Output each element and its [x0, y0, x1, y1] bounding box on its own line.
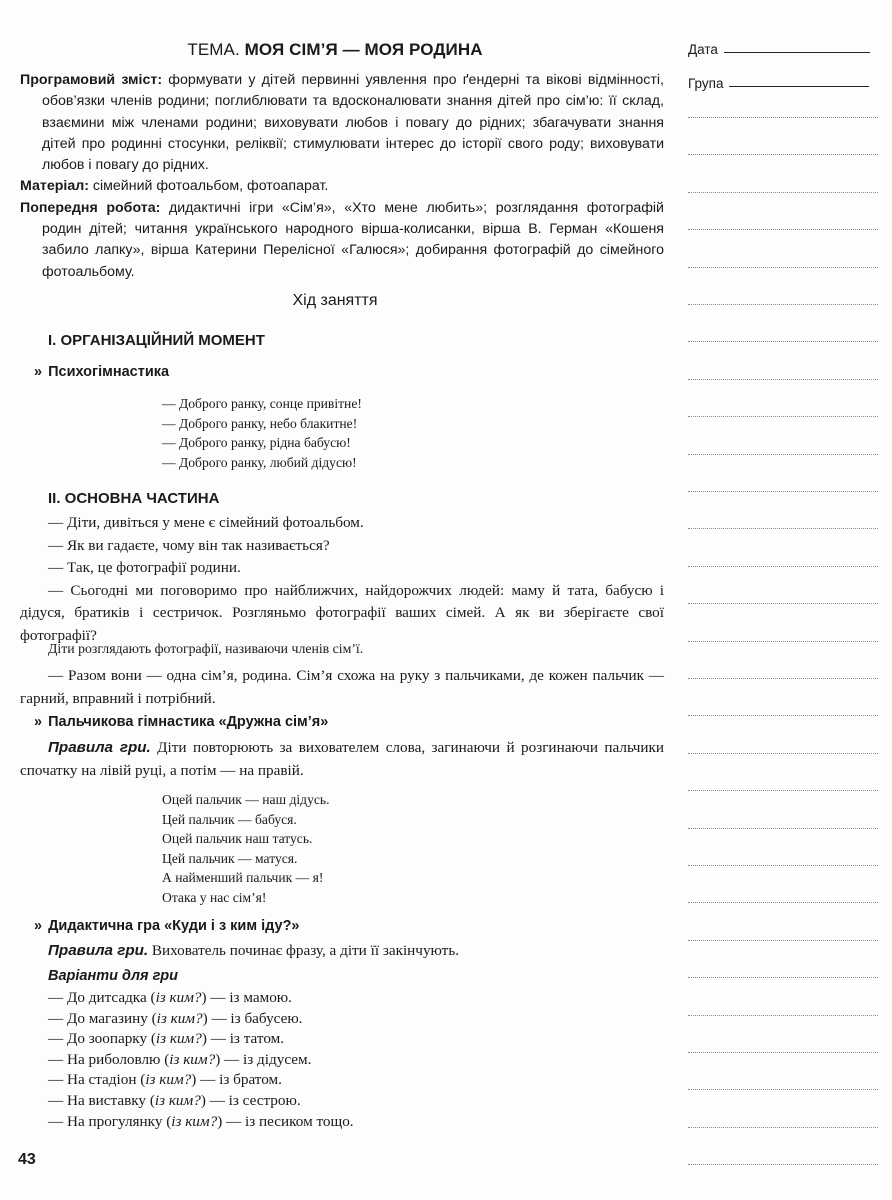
stage-note: Діти розглядають фотографії, називаючи ч…: [48, 641, 363, 657]
lesson-meta: Програмовий зміст: формувати у дітей пер…: [20, 70, 664, 283]
group-label: Група: [688, 76, 723, 91]
section-2-title: ІІ. ОСНОВНА ЧАСТИНА: [48, 490, 219, 507]
verse-line: Отака у нас сім’я!: [162, 888, 330, 908]
note-line[interactable]: [688, 1015, 878, 1016]
note-line[interactable]: [688, 192, 878, 193]
date-input-line[interactable]: [724, 51, 870, 53]
note-line[interactable]: [688, 528, 878, 529]
variant-line: — На прогулянку (із ким?) — із песиком т…: [48, 1112, 354, 1133]
dialog-line: — Разом вони — одна сім’я, родина. Сім’я…: [20, 665, 664, 710]
dialog-line: — Так, це фотографії родини.: [20, 557, 664, 580]
page-number: 43: [18, 1151, 36, 1169]
prework-label: Попередня робота:: [20, 200, 160, 216]
didactic-game-rules: Правила гри. Вихователь починає фразу, а…: [20, 940, 664, 963]
verse-line: А найменший пальчик — я!: [162, 868, 330, 888]
note-line[interactable]: [688, 154, 878, 155]
note-line[interactable]: [688, 1164, 878, 1165]
question-text: із ким?: [157, 1010, 203, 1027]
note-line[interactable]: [688, 641, 878, 642]
note-line[interactable]: [688, 341, 878, 342]
note-line[interactable]: [688, 865, 878, 866]
didactic-game-heading: »Дидактична гра «Куди і з ким іду?»: [34, 918, 300, 934]
question-text: із ким?: [169, 1051, 215, 1068]
date-field[interactable]: Дата: [688, 42, 870, 57]
note-line[interactable]: [688, 1089, 878, 1090]
note-line[interactable]: [688, 940, 878, 941]
question-text: із ким?: [155, 1092, 201, 1109]
question-text: із ким?: [156, 1030, 202, 1047]
program-content: Програмовий зміст: формувати у дітей пер…: [20, 70, 664, 176]
material-text: сімейний фотоальбом, фотоапарат.: [93, 178, 328, 194]
note-line[interactable]: [688, 267, 878, 268]
variant-line: — На риболовлю (із ким?) — із дідусем.: [48, 1050, 354, 1071]
section-1-title: І. ОРГАНІЗАЦІЙНИЙ МОМЕНТ: [48, 332, 265, 349]
finger-verse: Оцей пальчик — наш дідусь. Цей пальчик —…: [162, 790, 330, 908]
subheading-text: Дидактична гра «Куди і з ким іду?»: [48, 918, 299, 934]
note-line[interactable]: [688, 603, 878, 604]
verse-line: — Доброго ранку, рідна бабусю!: [162, 433, 362, 453]
verse-line: — Доброго ранку, любий дідусю!: [162, 453, 362, 473]
note-line[interactable]: [688, 117, 878, 118]
note-line[interactable]: [688, 790, 878, 791]
psychogymnastics-heading: »Психогімнастика: [34, 364, 169, 380]
rules-text: Вихователь починає фразу, а діти її закі…: [152, 942, 459, 959]
question-text: із ким?: [145, 1071, 191, 1088]
bullet-icon: »: [34, 714, 42, 730]
dialog-block: — Діти, дивіться у мене є сімейний фотоа…: [20, 512, 664, 647]
dialog-line: — Діти, дивіться у мене є сімейний фотоа…: [20, 512, 664, 535]
variants-heading: Варіанти для гри: [48, 968, 178, 984]
subheading-text: Пальчикова гімнастика «Дружна сім’я»: [48, 714, 328, 730]
dialog-block-2: — Разом вони — одна сім’я, родина. Сім’я…: [20, 665, 664, 710]
note-line[interactable]: [688, 1052, 878, 1053]
note-line[interactable]: [688, 491, 878, 492]
group-input-line[interactable]: [729, 85, 869, 87]
lesson-course-heading: Хід заняття: [0, 292, 670, 310]
program-label: Програмовий зміст:: [20, 72, 162, 88]
verse-line: Цей пальчик — бабуся.: [162, 810, 330, 830]
dialog-line: — Сьогодні ми поговоримо про найближчих,…: [20, 580, 664, 648]
verse-line: Цей пальчик — матуся.: [162, 849, 330, 869]
note-line[interactable]: [688, 379, 878, 380]
title-main: МОЯ СІМ’Я — МОЯ РОДИНА: [245, 40, 483, 59]
date-label: Дата: [688, 42, 718, 57]
variant-line: — До зоопарку (із ким?) — із татом.: [48, 1029, 354, 1050]
finger-game-rules: Правила гри. Діти повторюють за виховате…: [20, 737, 664, 782]
question-text: із ким?: [156, 989, 202, 1006]
note-line[interactable]: [688, 977, 878, 978]
note-line[interactable]: [688, 715, 878, 716]
rules-label: Правила гри.: [48, 942, 148, 959]
note-line[interactable]: [688, 229, 878, 230]
note-line[interactable]: [688, 454, 878, 455]
note-line[interactable]: [688, 304, 878, 305]
variant-line: — До магазину (із ким?) — із бабусею.: [48, 1009, 354, 1030]
bullet-icon: »: [34, 918, 42, 934]
verse-line: Оцей пальчик наш татусь.: [162, 829, 330, 849]
finger-game-heading: »Пальчикова гімнастика «Дружна сім’я»: [34, 714, 328, 730]
material: Матеріал: сімейний фотоальбом, фотоапара…: [20, 176, 664, 197]
verse-line: — Доброго ранку, небо блакитне!: [162, 414, 362, 434]
dialog-line: — Як ви гадаєте, чому він так називаєтьс…: [20, 535, 664, 558]
rules-label: Правила гри.: [48, 739, 151, 756]
note-line[interactable]: [688, 416, 878, 417]
group-field[interactable]: Група: [688, 76, 869, 91]
material-label: Матеріал:: [20, 178, 89, 194]
variants-list: — До дитсадка (із ким?) — із мамою.— До …: [48, 988, 354, 1132]
question-text: із ким?: [171, 1113, 217, 1130]
subheading-text: Психогімнастика: [48, 364, 169, 380]
note-line[interactable]: [688, 1127, 878, 1128]
note-line[interactable]: [688, 902, 878, 903]
note-line[interactable]: [688, 828, 878, 829]
title-prefix: ТЕМА.: [187, 40, 239, 59]
bullet-icon: »: [34, 364, 42, 380]
note-line[interactable]: [688, 753, 878, 754]
page-title: ТЕМА. МОЯ СІМ’Я — МОЯ РОДИНА: [0, 40, 670, 60]
prework: Попередня робота: дидактичні ігри «Сім’я…: [20, 198, 664, 283]
verse-line: — Доброго ранку, сонце привітне!: [162, 394, 362, 414]
variant-line: — До дитсадка (із ким?) — із мамою.: [48, 988, 354, 1009]
variant-line: — На виставку (із ким?) — із сестрою.: [48, 1091, 354, 1112]
verse-line: Оцей пальчик — наш дідусь.: [162, 790, 330, 810]
note-line[interactable]: [688, 566, 878, 567]
greeting-verse: — Доброго ранку, сонце привітне! — Добро…: [162, 394, 362, 472]
variant-line: — На стадіон (із ким?) — із братом.: [48, 1070, 354, 1091]
note-line[interactable]: [688, 678, 878, 679]
